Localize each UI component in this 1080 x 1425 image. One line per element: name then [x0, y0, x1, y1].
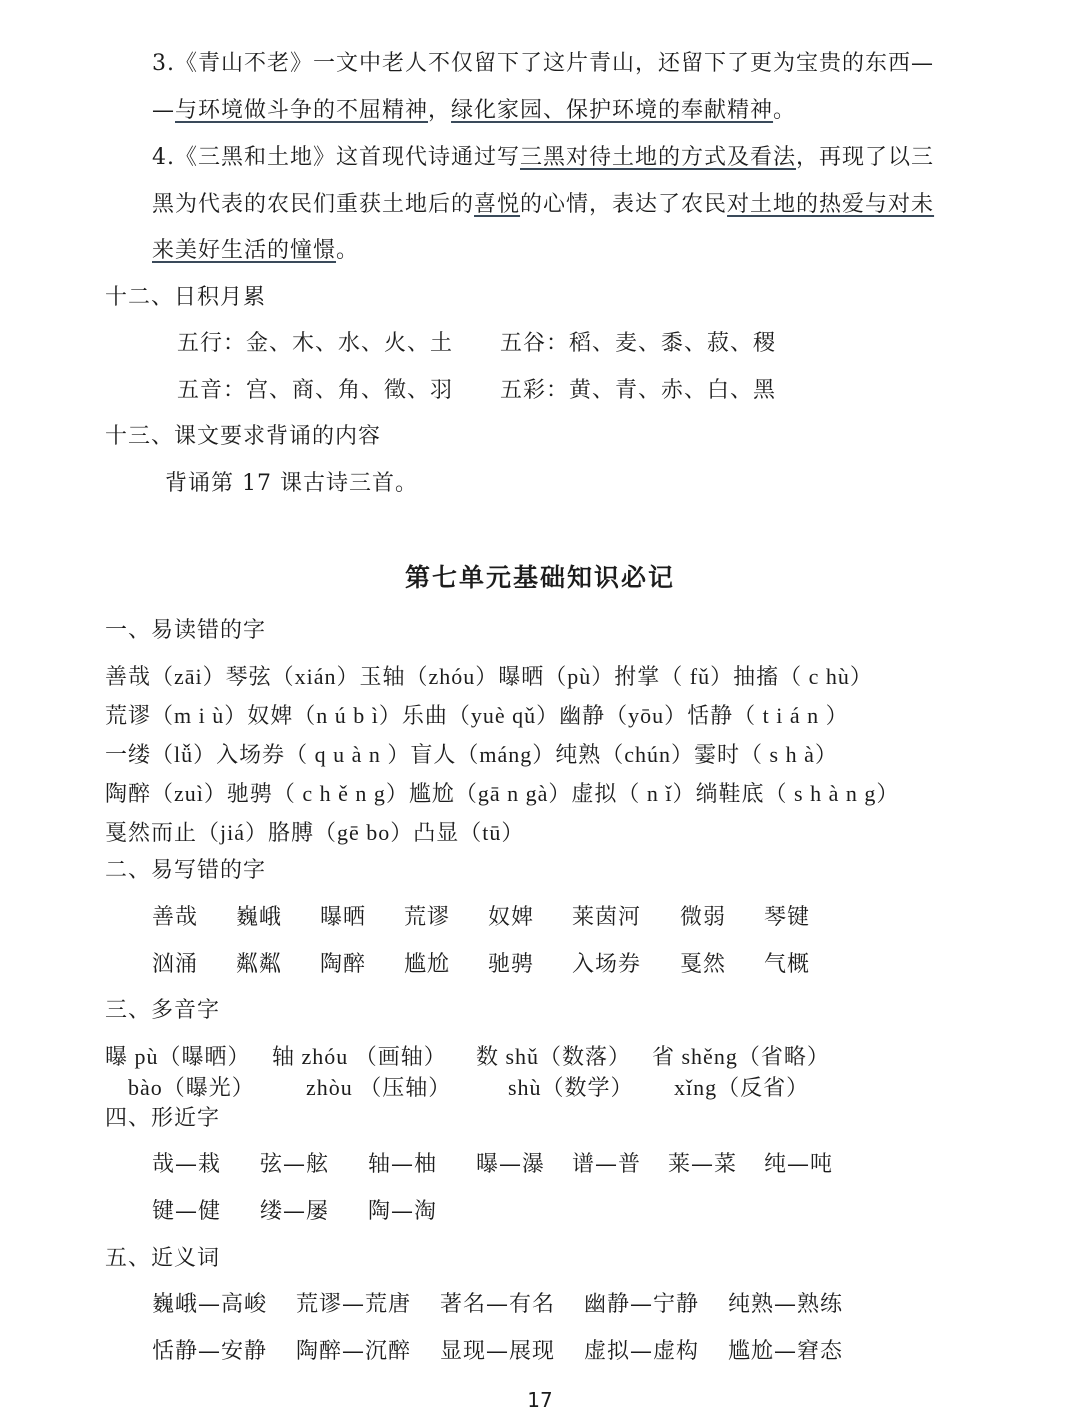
s5-pair: 著名—有名: [440, 1290, 555, 1320]
s5-pair: 虚拟—虚构: [584, 1337, 699, 1367]
s4-pair: 哉—栽: [152, 1150, 221, 1180]
s4-pair: 谱—普: [572, 1150, 641, 1180]
underlined-answer: 来美好生活的憧憬: [152, 238, 336, 263]
s5-pair: 尴尬—窘态: [728, 1337, 843, 1367]
s2-word: 巍峨: [236, 903, 282, 933]
section12-cell: 五彩：黄、青、赤、白、黑: [500, 376, 776, 406]
text: 的心情，表达了农民: [520, 192, 727, 217]
section13-heading: 十三、课文要求背诵的内容: [105, 422, 381, 452]
s1-heading: 一、易读错的字: [105, 616, 266, 646]
s3-cell: xǐng（反省）: [674, 1073, 809, 1103]
underlined-answer: 对土地的热爱与对未: [727, 192, 934, 217]
s4-pair: 键—健: [152, 1197, 221, 1227]
s2-word: 戛然: [680, 950, 726, 980]
section12-cell: 五音：宫、商、角、徵、羽: [177, 376, 453, 406]
s2-word: 气概: [764, 950, 810, 980]
item4-line3: 来美好生活的憧憬。: [152, 236, 359, 266]
s4-pair: 缕—屡: [260, 1197, 329, 1227]
page-title: 第七单元基础知识必记: [0, 563, 1080, 593]
s3-cell: zhòu （压轴）: [306, 1073, 451, 1103]
s3-cell: 曝 pù（曝晒）: [105, 1042, 251, 1072]
s2-word: 尴尬: [404, 950, 450, 980]
s2-word: 陶醉: [320, 950, 366, 980]
s5-pair: 陶醉—沉醉: [296, 1337, 411, 1367]
s2-heading: 二、易写错的字: [105, 856, 266, 886]
s2-word: 粼粼: [236, 950, 282, 980]
item3-line2: —与环境做斗争的不屈精神，绿化家园、保护环境的奉献精神。: [152, 96, 796, 126]
s3-cell: bào（曝光）: [128, 1073, 255, 1103]
text: ，: [428, 98, 451, 123]
text: 黑为代表的农民们重获土地后的: [152, 192, 474, 217]
s4-pair: 轴—柚: [368, 1150, 437, 1180]
s3-cell: 轴 zhóu （画轴）: [272, 1042, 447, 1072]
section13-content: 背诵第 17 课古诗三首。: [165, 469, 418, 499]
s1-line: 一缕（lǚ）入场券（ q u à n ）盲人（máng）纯熟（chún）霎时（ …: [105, 740, 838, 770]
text: —: [152, 98, 175, 123]
s3-cell: 省 shěng（省略）: [652, 1042, 830, 1072]
section12-heading: 十二、日积月累: [105, 283, 266, 313]
section12-cell: 五谷：稻、麦、黍、菽、稷: [500, 329, 776, 359]
s2-word: 曝晒: [320, 903, 366, 933]
underlined-answer: 绿化家园、保护环境的奉献精神: [451, 98, 773, 123]
underlined-answer: 三黑对待土地的方式及看法: [520, 145, 796, 170]
s2-word: 琴键: [764, 903, 810, 933]
s4-pair: 弦—舷: [260, 1150, 329, 1180]
s2-word: 荒谬: [404, 903, 450, 933]
s3-cell: shù（数学）: [508, 1073, 634, 1103]
underlined-answer: 与环境做斗争的不屈精神: [175, 98, 428, 123]
s2-word: 入场券: [572, 950, 641, 980]
s2-word: 驰骋: [488, 950, 534, 980]
s5-heading: 五、近义词: [105, 1244, 220, 1274]
s4-pair: 曝—瀑: [476, 1150, 545, 1180]
s5-pair: 恬静—安静: [152, 1337, 267, 1367]
item4-line1: 4.《三黑和土地》这首现代诗通过写三黑对待土地的方式及看法，再现了以三: [152, 143, 934, 173]
s5-pair: 纯熟—熟练: [728, 1290, 843, 1320]
s1-line: 荒谬（m i ù）奴婢（n ú b ì）乐曲（yuè qǔ）幽静（yōu）恬静（…: [105, 701, 849, 731]
s5-pair: 巍峨—高峻: [152, 1290, 267, 1320]
s2-word: 奴婢: [488, 903, 534, 933]
s5-pair: 显现—展现: [440, 1337, 555, 1367]
section12-cell: 五行：金、木、水、火、土: [177, 329, 453, 359]
text: 。: [773, 98, 796, 123]
text: 4.《三黑和土地》这首现代诗通过写: [152, 145, 520, 170]
s2-word: 汹涌: [152, 950, 198, 980]
text: 。: [336, 238, 359, 263]
s4-heading: 四、形近字: [105, 1104, 220, 1134]
page-number: 17: [0, 1388, 1080, 1412]
s1-line: 陶醉（zuì）驰骋（ c h ě n g）尴尬（gā n gà）虚拟（ n ǐ）…: [105, 779, 899, 809]
s2-word: 莱茵河: [572, 903, 641, 933]
item4-line2: 黑为代表的农民们重获土地后的喜悦的心情，表达了农民对土地的热爱与对未: [152, 190, 934, 220]
s5-pair: 幽静—宁静: [584, 1290, 699, 1320]
s3-heading: 三、多音字: [105, 996, 220, 1026]
s1-line: 善哉（zāi）琴弦（xián）玉轴（zhóu）曝晒（pù）拊掌（ fǔ）抽搐（ …: [105, 662, 873, 692]
s4-pair: 纯—吨: [764, 1150, 833, 1180]
s2-word: 微弱: [680, 903, 726, 933]
s2-word: 善哉: [152, 903, 198, 933]
s4-pair: 莱—菜: [668, 1150, 737, 1180]
s1-line: 戛然而止（jiá）胳膊（gē bo）凸显（tū）: [105, 818, 524, 848]
s5-pair: 荒谬—荒唐: [296, 1290, 411, 1320]
item3-line1: 3.《青山不老》一文中老人不仅留下了这片青山，还留下了更为宝贵的东西—: [152, 49, 934, 79]
s4-pair: 陶—淘: [368, 1197, 437, 1227]
underlined-answer: 喜悦: [474, 192, 520, 217]
text: ，再现了以三: [796, 145, 934, 170]
s3-cell: 数 shǔ（数落）: [476, 1042, 631, 1072]
